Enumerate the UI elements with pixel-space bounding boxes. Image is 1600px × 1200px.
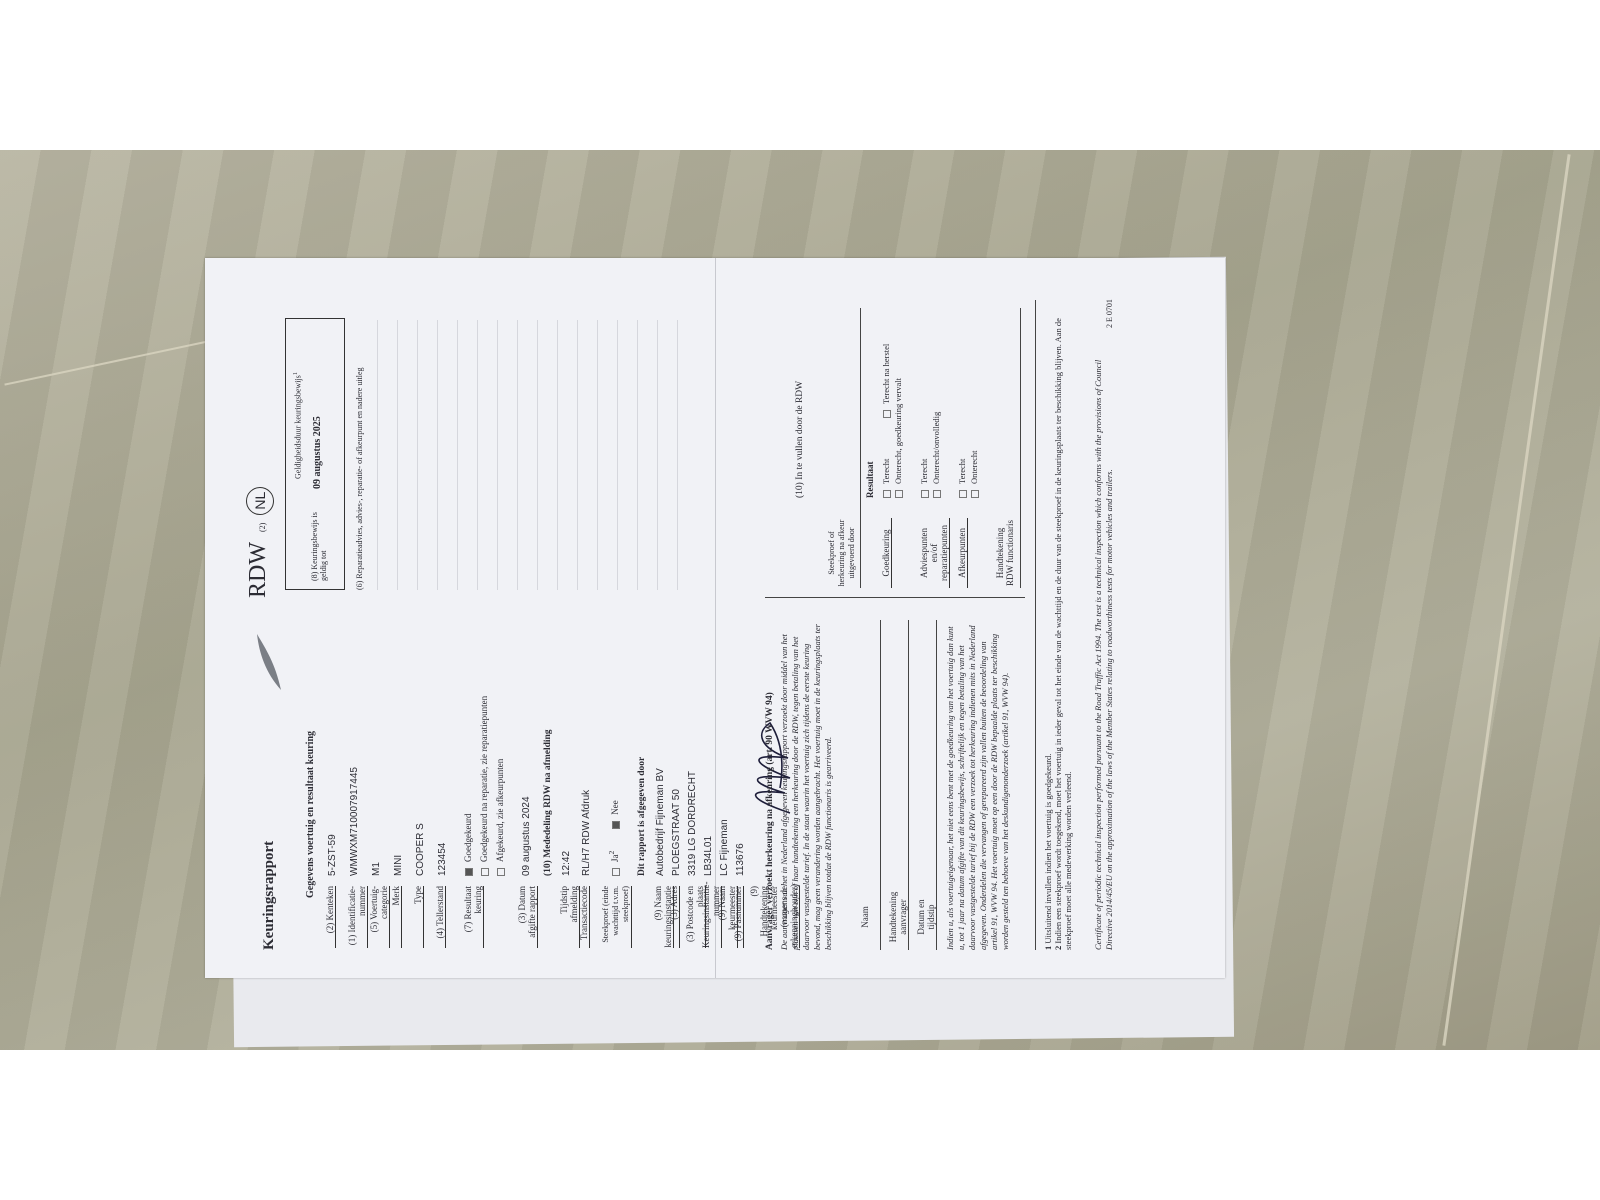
document-title: Keuringsrapport (261, 841, 278, 950)
checkbox (933, 490, 941, 498)
applicant-paragraph: De aanvrager van het in Nederland afgege… (779, 620, 834, 950)
remark-line (497, 320, 498, 590)
checkbox (921, 490, 929, 498)
spot-check-option: Nee (610, 800, 620, 829)
remark-line (557, 320, 558, 590)
remark-line (477, 320, 478, 590)
applicant-field-label: Handtekening aanvrager (888, 886, 908, 948)
applicant-paragraph-2: Indien u, als voertuigeigenaar, het niet… (945, 620, 1011, 950)
checkbox (883, 490, 891, 498)
rdw-section-heading: (10) In te vullen door de RDW (795, 381, 805, 498)
rdw-option: Onterecht, goedkeuring vervalt (893, 378, 903, 498)
footnote: 2 Indien een steekproef wordt toegekend,… (1053, 300, 1073, 950)
field-label: (5) Voertuig-categorie (369, 886, 390, 948)
remark-line (617, 320, 618, 590)
applicant-field-label: Naam (860, 886, 870, 948)
field-label: Merk (391, 886, 402, 948)
remark-line (437, 320, 438, 590)
remark-line (517, 320, 518, 590)
remark-line (417, 320, 418, 590)
field-label: (2) Kenteken (325, 886, 336, 948)
field-value: PLOEGSTRAAT 50 (671, 789, 682, 876)
footnote: 1 Uitsluitend invullen indien het voertu… (1043, 300, 1053, 950)
rdw-row-label: Goedkeuring (881, 518, 892, 588)
field-label: Tijdstip afmelding (559, 886, 580, 948)
field-value: WMWXM710007917445 (349, 767, 360, 876)
remark-line (657, 320, 658, 590)
applicant-heading: Aanvrager verzoekt herkeuring na afkeuri… (765, 692, 775, 950)
remark-line (577, 320, 578, 590)
rdw-option: Terecht (919, 459, 929, 498)
field-value: RL/H7 RDW Afdruk (581, 790, 592, 876)
checkbox (612, 821, 620, 829)
remark-line (677, 320, 678, 590)
field-value: Autobedrijf Fijneman BV (655, 768, 666, 876)
form-code: 2 E 0701 (1105, 299, 1114, 328)
validity-date: 09 augustus 2025 (312, 416, 323, 489)
signature-line (880, 620, 881, 950)
remark-line (597, 320, 598, 590)
result-option: Goedgekeurd na reparatie, zie reparatiep… (479, 696, 489, 876)
remark-line (377, 320, 378, 590)
field-label: (3) Adres (669, 886, 680, 948)
rdw-option: Terecht (957, 459, 967, 498)
rdw-option: Onterecht (969, 450, 979, 498)
issuer-heading: Dit rapport is afgegeven door (637, 757, 647, 876)
signature-line (936, 620, 937, 950)
checkbox (895, 490, 903, 498)
validity-box: Geldigheidsduur keuringsbewijs1 (8) Keur… (285, 318, 345, 590)
report-date: 09 augustus 2024 (521, 796, 532, 876)
field-value: 113676 (735, 843, 746, 876)
field-value: M1 (371, 862, 382, 876)
applicant-field-label: Datum en tijdstip (916, 886, 936, 948)
rdw-row-label: Afkeurpunten (957, 518, 968, 588)
field-label: (4) Tellerstand (435, 886, 446, 948)
inspection-report: Keuringsrapport RDW (2) NL Gegevens voer… (205, 258, 1225, 978)
remarks-heading: (6) Reparatieadvies, advies-, reparatie-… (355, 367, 364, 590)
field-value: 123454 (437, 843, 448, 876)
remark-line (397, 320, 398, 590)
field-label: Type (413, 886, 424, 948)
field-label: Transactiecode (579, 886, 590, 948)
checkbox (497, 868, 505, 876)
signature-line (908, 620, 909, 950)
document-photo: Keuringsrapport RDW (2) NL Gegevens voer… (205, 258, 1225, 978)
section-vehicle-heading: Gegevens voertuig en resultaat keuring (305, 731, 316, 898)
field-value: MINI (393, 855, 404, 876)
checkbox (465, 868, 473, 876)
checkbox (612, 868, 620, 876)
checkbox (971, 490, 979, 498)
field-value: LB34L01 (703, 836, 714, 876)
field-value: 5-ZST-59 (327, 834, 338, 876)
rdw-option: Onterecht/onvolledig (931, 412, 941, 498)
checkbox (883, 410, 891, 418)
rdw-logo: RDW (2) NL (245, 487, 274, 598)
rdw-feather-icon (255, 632, 285, 692)
result-option: Afgekeurd, zie afkeurpunten (495, 759, 505, 876)
field-value: 3319 LG DORDRECHT (687, 771, 698, 876)
checkbox (481, 868, 489, 876)
rdw-notice-heading: (10) Mededeling RDW na afmelding (543, 729, 553, 876)
field-value: 12:42 (561, 851, 572, 876)
field-label: (1) Identificatie-nummer (347, 886, 368, 948)
remark-line (457, 320, 458, 590)
field-value: COOPER S (415, 823, 426, 876)
country-badge: NL (246, 487, 274, 515)
result-option: Goedgekeurd (463, 814, 473, 876)
rdw-row-label: Adviespunten en/of reparatiepunten (919, 518, 950, 588)
field-value: LC Fijneman (719, 819, 730, 876)
certificate-note: Certificate of periodic technical inspec… (1093, 330, 1115, 950)
fold-line (715, 258, 716, 978)
remark-line (637, 320, 638, 590)
remark-line (537, 320, 538, 590)
rdw-option: Terecht na herstel (881, 344, 891, 418)
checkbox (959, 490, 967, 498)
field-label: (9) Pasnummer (733, 886, 744, 948)
rdw-option: Terecht (881, 459, 891, 498)
spot-check-option: Ja2 (610, 851, 620, 876)
floor-seam (1442, 154, 1570, 1046)
